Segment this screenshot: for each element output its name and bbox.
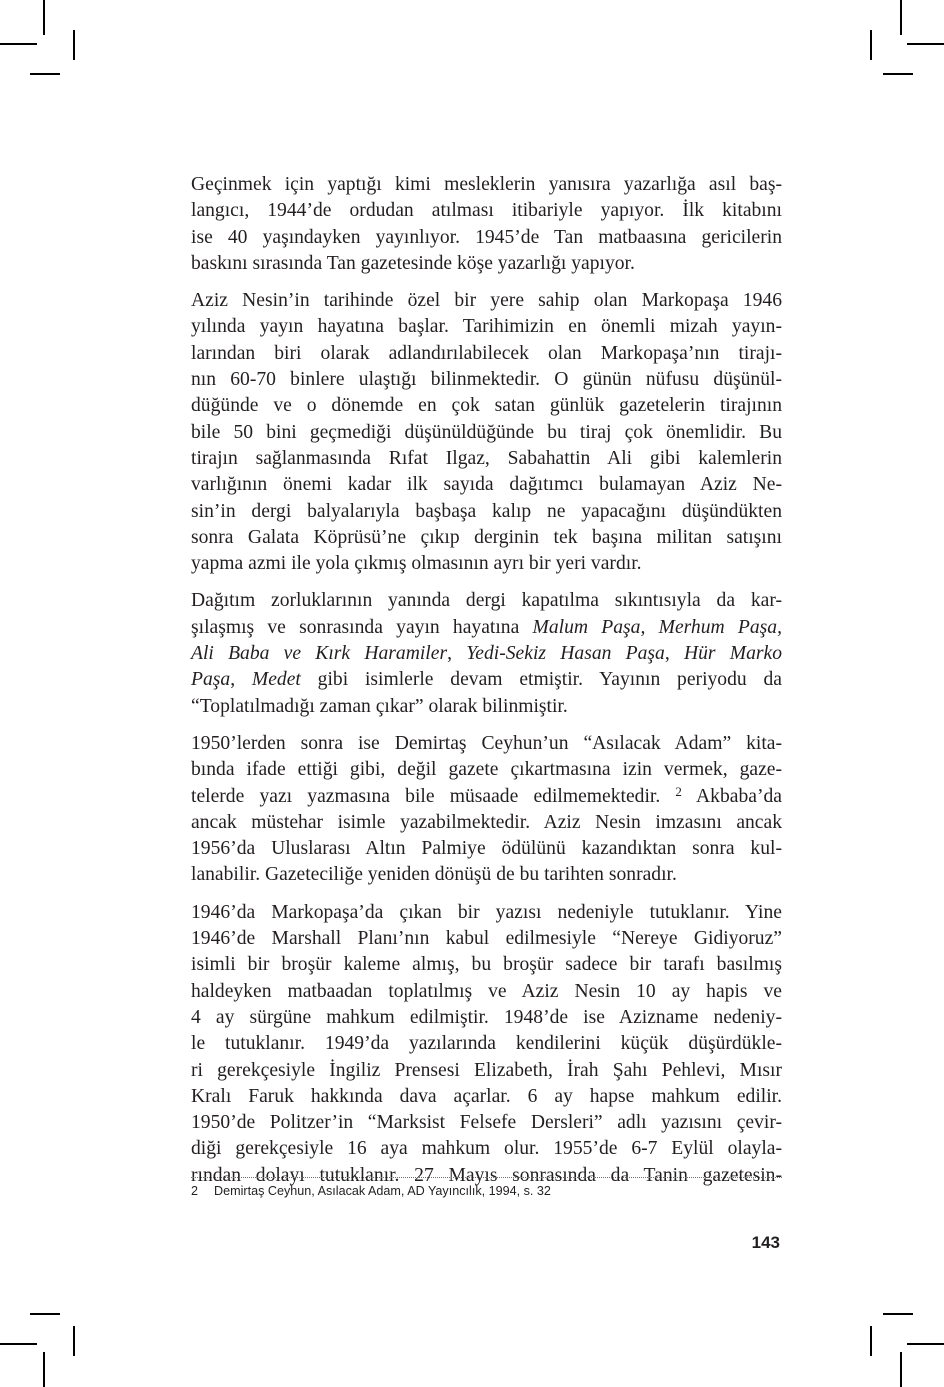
text-line: 1950’lerden sonra ise Demirtaş Ceyhun’un…: [191, 731, 782, 757]
text-run: Akbaba’da: [682, 786, 782, 807]
text-line: yapma azmi ile yola çıkmış olmasının ayr…: [191, 551, 782, 577]
text-line: ri gerekçesiyle İngiliz Prensesi Elizabe…: [191, 1058, 782, 1084]
text-line: şılaşmış ve sonrasında yayın hayatına Ma…: [191, 615, 782, 641]
crop-mark-bottom-right-inner-vertical: [870, 1326, 872, 1356]
paragraph-4: 1950’lerden sonra ise Demirtaş Ceyhun’un…: [191, 731, 782, 889]
italic-title-run: Malum Paşa, Merhum Paşa,: [533, 617, 782, 638]
text-line: nın 60-70 binlere ulaştığı bilinmektedir…: [191, 367, 782, 393]
text-line: telerde yazı yazmasına bile müsaade edil…: [191, 784, 782, 810]
text-line: bile 50 bini geçmediği düşünüldüğünde bu…: [191, 420, 782, 446]
crop-mark-bottom-left-outer-vertical: [43, 1352, 45, 1387]
text-line: varlığının önemi kadar ilk sayıda dağıtı…: [191, 472, 782, 498]
text-line: tirajın sağlanmasında Rıfat Ilgaz, Sabah…: [191, 446, 782, 472]
italic-title-run: Ali Baba ve Kırk Haramiler: [191, 643, 447, 664]
crop-mark-top-right-outer-vertical: [900, 0, 902, 35]
text-line: diği gerekçesiyle 16 aya mahkum olur. 19…: [191, 1136, 782, 1162]
footnote-text: Demirtaş Ceyhun, Asılacak Adam, AD Yayın…: [214, 1184, 551, 1198]
text-line: 1946’da Markopaşa’da çıkan bir yazısı ne…: [191, 900, 782, 926]
text-line: lanabilir. Gazeteciliğe yeniden dönüşü d…: [191, 862, 782, 888]
crop-mark-bottom-left-inner-vertical: [73, 1326, 75, 1356]
footnote: 2Demirtaş Ceyhun, Asılacak Adam, AD Yayı…: [191, 1183, 782, 1199]
text-run: gibi isimlerle devam etmiştir. Yayının p…: [301, 669, 782, 690]
footnote-separator: [191, 1177, 782, 1178]
crop-mark-bottom-left-inner-horizontal: [30, 1313, 60, 1315]
paragraph-5: 1946’da Markopaşa’da çıkan bir yazısı ne…: [191, 900, 782, 1189]
crop-mark-top-right-inner-vertical: [870, 30, 872, 60]
text-line: isimli bir broşür kaleme almış, bu broşü…: [191, 952, 782, 978]
crop-mark-top-left-outer-vertical: [43, 0, 45, 35]
text-line: 1956’da Uluslarası Altın Palmiye ödülünü…: [191, 836, 782, 862]
italic-title-run: Hür Marko: [684, 643, 782, 664]
crop-mark-bottom-left-outer-horizontal: [0, 1343, 37, 1345]
text-line: 4 ay sürgüne mahkum edilmiştir. 1948’de …: [191, 1005, 782, 1031]
text-run: telerde yazı yazmasına bile müsaade edil…: [191, 786, 675, 807]
text-run: ,: [447, 643, 466, 664]
crop-mark-bottom-right-inner-horizontal: [883, 1313, 913, 1315]
paragraph-2: Aziz Nesin’in tarihinde özel bir yere sa…: [191, 288, 782, 577]
text-line: Ali Baba ve Kırk Haramiler, Yedi-Sekiz H…: [191, 641, 782, 667]
text-line: Aziz Nesin’in tarihinde özel bir yere sa…: [191, 288, 782, 314]
text-line: ancak müstehar isimle yazabilmektedir. A…: [191, 810, 782, 836]
text-line: ise 40 yaşındayken yayınlıyor. 1945’de T…: [191, 225, 782, 251]
crop-mark-top-left-inner-horizontal: [30, 73, 60, 75]
crop-mark-bottom-right-outer-vertical: [900, 1352, 902, 1387]
paragraph-1: Geçinmek için yaptığı kimi mesleklerin y…: [191, 172, 782, 277]
text-line: “Toplatılmadığı zaman çıkar” olarak bili…: [191, 694, 782, 720]
text-line: le tutuklanır. 1949’da yazılarında kendi…: [191, 1031, 782, 1057]
text-line: bında ifade ettiği gibi, değil gazete çı…: [191, 757, 782, 783]
crop-mark-top-right-outer-horizontal: [907, 43, 944, 45]
text-line: Kralı Faruk hakkında dava açarlar. 6 ay …: [191, 1084, 782, 1110]
text-line: sonra Galata Köprüsü’ne çıkıp derginin t…: [191, 525, 782, 551]
text-line: Paşa, Medet gibi isimlerle devam etmişti…: [191, 667, 782, 693]
italic-title-run: Paşa: [191, 669, 230, 690]
crop-mark-bottom-right-outer-horizontal: [907, 1343, 944, 1345]
paragraph-3: Dağıtım zorluklarının yanında dergi kapa…: [191, 588, 782, 719]
italic-title-run: Medet: [252, 669, 301, 690]
text-line: larından biri olarak adlandırılabilecek …: [191, 341, 782, 367]
text-line: 1946’de Marshall Planı’nın kabul edilmes…: [191, 926, 782, 952]
page-number: 143: [752, 1233, 780, 1253]
text-line: Geçinmek için yaptığı kimi mesleklerin y…: [191, 172, 782, 198]
text-line: Dağıtım zorluklarının yanında dergi kapa…: [191, 588, 782, 614]
footnote-number: 2: [191, 1183, 214, 1199]
text-line: 1950’de Politzer’in “Marksist Felsefe De…: [191, 1110, 782, 1136]
text-run: ,: [665, 643, 684, 664]
text-line: yılında yayın hayatına başlar. Tarihimiz…: [191, 314, 782, 340]
text-line: langıcı, 1944’de ordudan atılması itibar…: [191, 198, 782, 224]
body-text: Geçinmek için yaptığı kimi mesleklerin y…: [191, 172, 782, 1200]
italic-title-run: Yedi-Sekiz Hasan Paşa: [466, 643, 665, 664]
crop-mark-top-right-inner-horizontal: [883, 73, 913, 75]
text-run: ,: [230, 669, 252, 690]
text-line: sin’in dergi balyalarıyla başbaşa kalıp …: [191, 499, 782, 525]
text-line: düğünde ve o dönemde en çok satan günlük…: [191, 393, 782, 419]
text-run: şılaşmış ve sonrasında yayın hayatına: [191, 617, 533, 638]
crop-mark-top-left-inner-vertical: [73, 30, 75, 60]
text-line: baskını sırasında Tan gazetesinde köşe y…: [191, 251, 782, 277]
crop-mark-top-left-outer-horizontal: [0, 43, 37, 45]
text-line: haldeyken matbaadan toplatılmış ve Aziz …: [191, 979, 782, 1005]
